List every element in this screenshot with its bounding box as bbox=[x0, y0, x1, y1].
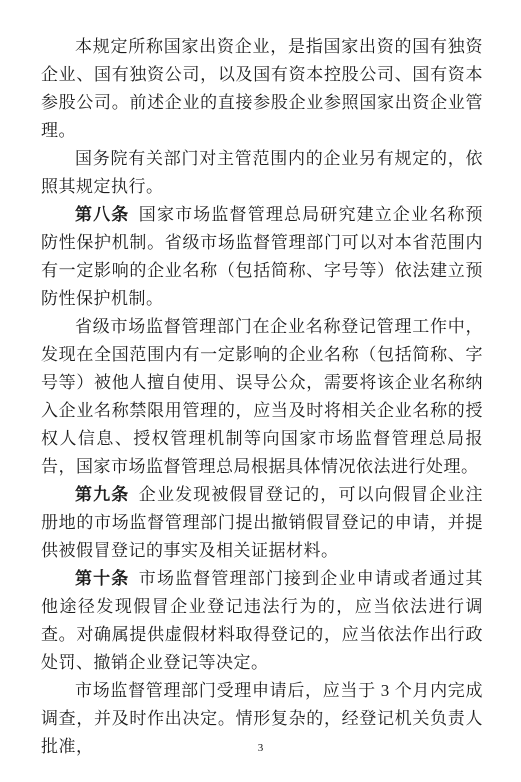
paragraph: 本规定所称国家出资企业，是指国家出资的国有独资企业、国有独资公司，以及国有资本控… bbox=[41, 33, 483, 145]
document-page: 本规定所称国家出资企业，是指国家出资的国有独资企业、国有独资公司，以及国有资本控… bbox=[0, 0, 521, 782]
article-paragraph: 第八条国家市场监督管理总局研究建立企业名称预防性保护机制。省级市场监督管理部门可… bbox=[41, 201, 483, 313]
article-number: 第八条 bbox=[75, 205, 129, 224]
paragraph-text: 省级市场监督管理部门在企业名称登记管理工作中，发现在全国范围内有一定影响的企业名… bbox=[41, 317, 483, 476]
article-paragraph: 第九条企业发现被假冒登记的，可以向假冒企业注册地的市场监督管理部门提出撤销假冒登… bbox=[41, 481, 483, 565]
paragraph: 国务院有关部门对主管范围内的企业另有规定的，依照其规定执行。 bbox=[41, 145, 483, 201]
page-footer: 3 bbox=[0, 738, 521, 756]
paragraph: 省级市场监督管理部门在企业名称登记管理工作中，发现在全国范围内有一定影响的企业名… bbox=[41, 313, 483, 481]
paragraph-text: 本规定所称国家出资企业，是指国家出资的国有独资企业、国有独资公司，以及国有资本控… bbox=[41, 37, 483, 140]
page-number: 3 bbox=[258, 742, 264, 754]
document-body: 本规定所称国家出资企业，是指国家出资的国有独资企业、国有独资公司，以及国有资本控… bbox=[41, 33, 483, 761]
paragraph-text: 国务院有关部门对主管范围内的企业另有规定的，依照其规定执行。 bbox=[41, 149, 483, 196]
article-number: 第九条 bbox=[75, 485, 129, 504]
article-number: 第十条 bbox=[75, 569, 129, 588]
article-paragraph: 第十条市场监督管理部门接到企业申请或者通过其他途径发现假冒企业登记违法行为的，应… bbox=[41, 565, 483, 677]
